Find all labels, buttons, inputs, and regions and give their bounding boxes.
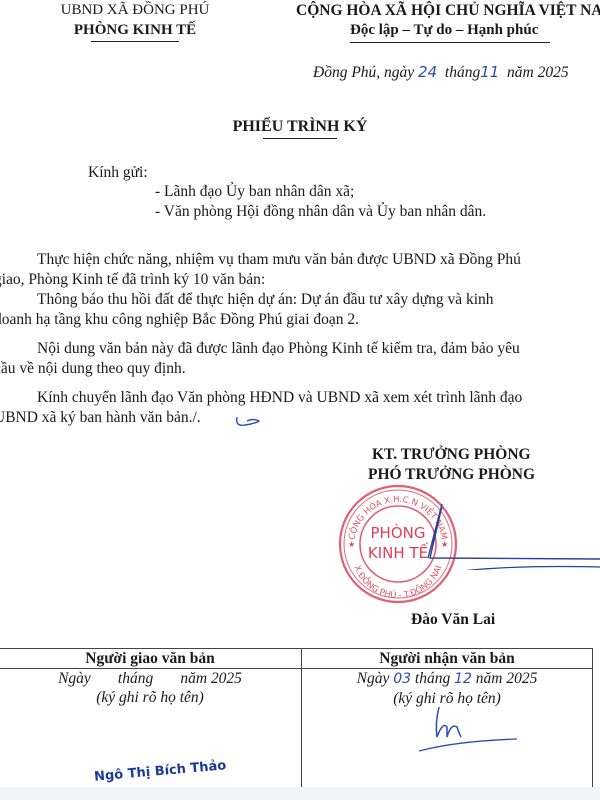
document-page: UBND XÃ ĐỒNG PHÚ PHÒNG KINH TẾ CỘNG HÒA … bbox=[0, 0, 600, 787]
paragraph-2-line-2: doanh hạ tầng khu công nghiệp Bắc Đồng P… bbox=[0, 310, 359, 330]
date-line: Đồng Phú, ngày 24 tháng11 năm 2025 bbox=[313, 63, 569, 82]
receiver-date-line: Ngày 03 tháng 12 năm 2025 bbox=[302, 669, 592, 689]
giver-date-ngay: Ngày bbox=[58, 670, 91, 687]
date-month-label: tháng bbox=[445, 64, 480, 81]
document-title: PHIẾU TRÌNH KÝ bbox=[0, 118, 600, 136]
paragraph-3-line-2: cầu về nội dung theo quy định. bbox=[0, 359, 186, 379]
national-motto: Độc lập – Tự do – Hạnh phúc bbox=[350, 22, 538, 39]
addressee-recipient-2: - Văn phòng Hội đồng nhân dân và Ủy ban … bbox=[155, 202, 486, 222]
giver-date-nam: năm 2025 bbox=[180, 670, 242, 687]
addressee-recipient-1: - Lãnh đạo Ủy ban nhân dân xã; bbox=[155, 182, 354, 202]
receiver-date-ngay: Ngày bbox=[357, 670, 390, 687]
org-name: PHÒNG KINH TẾ bbox=[0, 22, 270, 39]
motto-underline bbox=[350, 42, 550, 43]
national-title: CỘNG HÒA XÃ HỘI CHỦ NGHĨA VIỆT NAM bbox=[296, 2, 600, 20]
giver-cell: Ngày tháng năm 2025 (ký ghi rõ họ tên) N… bbox=[0, 669, 302, 788]
signer-title-1: KT. TRƯỞNG PHÒNG bbox=[372, 446, 531, 464]
stamp-center-line-1: PHÒNG bbox=[371, 523, 426, 542]
title-underline bbox=[263, 138, 337, 139]
paragraph-1-line-1: Thực hiện chức năng, nhiệm vụ tham mưu v… bbox=[37, 250, 521, 270]
giver-name-stamp: Ngô Thị Bích Thảo bbox=[94, 758, 227, 784]
receiver-signature-icon bbox=[417, 703, 527, 753]
receiver-date-thang: tháng bbox=[415, 670, 450, 687]
receiver-cell: Ngày 03 tháng 12 năm 2025 (ký ghi rõ họ … bbox=[302, 669, 593, 788]
giver-header: Người giao văn bản bbox=[0, 649, 302, 669]
signer-signature-icon bbox=[420, 500, 600, 570]
signer-name: Đào Văn Lai bbox=[411, 611, 495, 629]
handover-table: Người giao văn bản Người nhận văn bản Ng… bbox=[0, 648, 593, 787]
date-prefix: Đồng Phú, ngày bbox=[313, 64, 414, 81]
paragraph-2-line-1: Thông báo thu hồi đất để thực hiện dự án… bbox=[37, 290, 494, 310]
giver-date-line: Ngày tháng năm 2025 bbox=[0, 669, 301, 688]
addressee-label: Kính gửi: bbox=[88, 163, 148, 183]
giver-note: (ký ghi rõ họ tên) bbox=[0, 688, 301, 707]
date-day-handwritten: 24 bbox=[418, 63, 437, 81]
receiver-header: Người nhận văn bản bbox=[302, 649, 593, 669]
giver-date-thang: tháng bbox=[118, 670, 153, 687]
org-underline bbox=[91, 41, 179, 42]
paragraph-4-line-1: Kính chuyển lãnh đạo Văn phòng HĐND và U… bbox=[37, 388, 522, 408]
receiver-day-handwritten: 03 bbox=[393, 671, 411, 687]
receiver-date-nam: năm 2025 bbox=[476, 670, 538, 687]
svg-text:★: ★ bbox=[348, 540, 355, 549]
receiver-month-handwritten: 12 bbox=[454, 671, 472, 687]
initials-scribble-icon bbox=[233, 413, 263, 431]
org-parent: UBND XÃ ĐỒNG PHÚ bbox=[0, 2, 270, 19]
paragraph-3-line-1: Nội dung văn bản này đã được lãnh đạo Ph… bbox=[37, 339, 520, 359]
paragraph-4-line-2: UBND xã ký ban hành văn bản./. bbox=[0, 408, 201, 428]
paragraph-1-line-2: giao, Phòng Kinh tế đã trình ký 10 văn b… bbox=[0, 270, 265, 290]
date-month-handwritten: 11 bbox=[480, 63, 499, 81]
date-year: năm 2025 bbox=[507, 64, 569, 81]
